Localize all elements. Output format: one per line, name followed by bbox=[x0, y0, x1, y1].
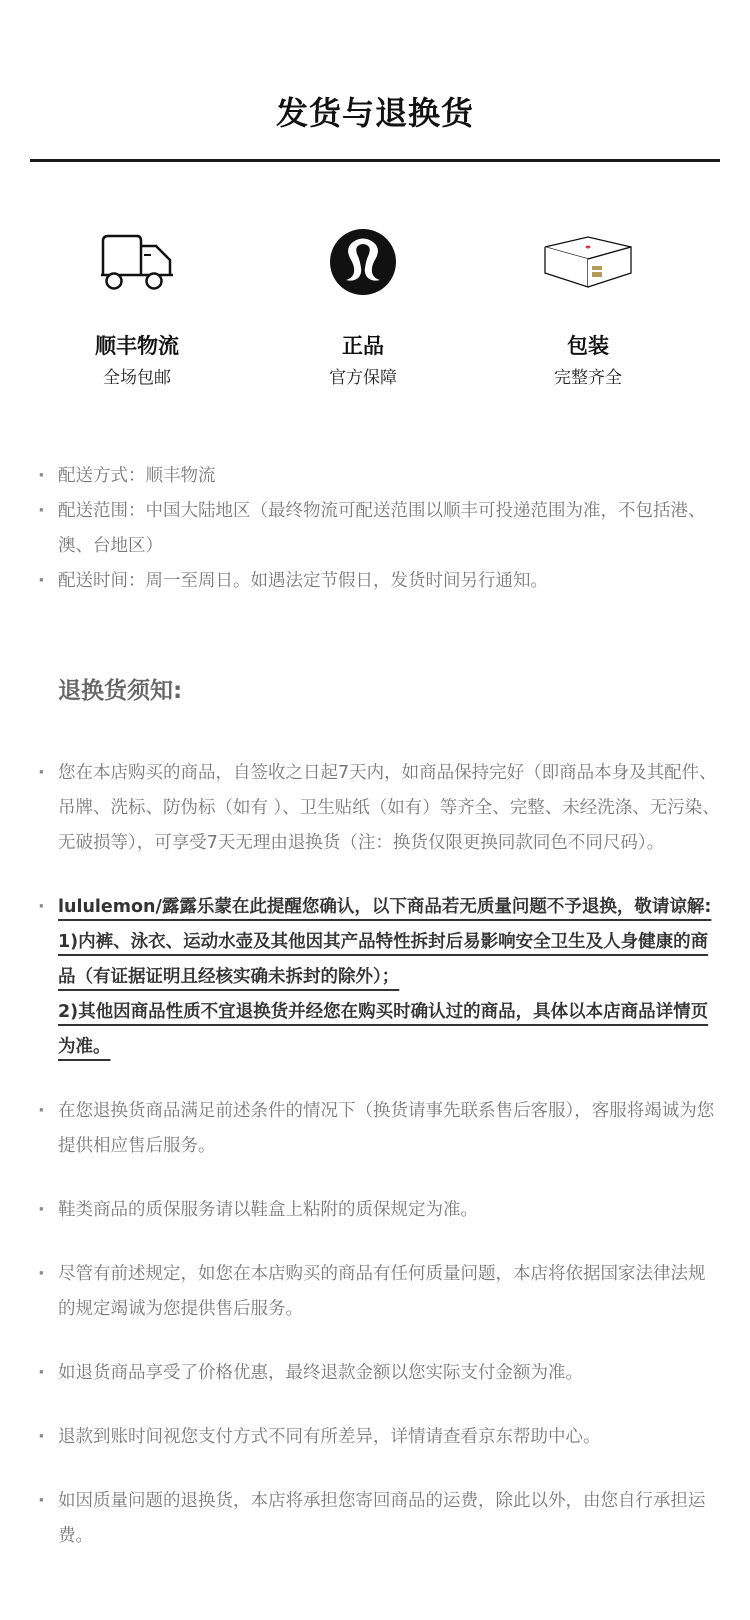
return-policy-item: 鞋类商品的质保服务请以鞋盒上粘附的质保规定为准。 bbox=[30, 1193, 720, 1228]
warning-part-2: 2)其他因商品性质不宜退换货并经您在购买时确认过的商品，具体以本店商品详情页为准… bbox=[58, 1002, 708, 1057]
return-policy-item: 尽管有前述规定，如您在本店购买的商品有任何质量问题，本店将依据国家法律法规的规定… bbox=[30, 1257, 720, 1327]
title-divider bbox=[30, 159, 720, 162]
return-policy-item: 在您退换货商品满足前述条件的情况下（换货请事先联系售后客服），客服将竭诚为您提供… bbox=[30, 1094, 720, 1164]
feature-shipping: 顺丰物流 全场包邮 bbox=[27, 222, 247, 390]
feature-title: 正品 bbox=[253, 332, 473, 360]
non-returnable-warning: lululemon/露露乐蒙在此提醒您确认，以下商品若无质量问题不予退换，敬请谅… bbox=[30, 890, 720, 1065]
package-box-icon bbox=[478, 222, 698, 302]
feature-subtitle: 全场包邮 bbox=[27, 366, 247, 390]
feature-title: 顺丰物流 bbox=[27, 332, 247, 360]
feature-subtitle: 官方保障 bbox=[253, 366, 473, 390]
truck-icon bbox=[27, 222, 247, 302]
feature-authentic: 正品 官方保障 bbox=[253, 222, 473, 390]
shipping-info-list: 配送方式：顺丰物流 配送范围：中国大陆地区（最终物流可配送范围以顺丰可投递范围为… bbox=[30, 459, 720, 599]
feature-packaging: 包装 完整齐全 bbox=[478, 222, 698, 390]
return-policy-item: 如退货商品享受了价格优惠，最终退款金额以您实际支付金额为准。 bbox=[30, 1356, 720, 1391]
return-policy-item: 退款到账时间视您支付方式不同有所差异，详情请查看京东帮助中心。 bbox=[30, 1420, 720, 1455]
shipping-time: 配送时间：周一至周日。如遇法定节假日，发货时间另行通知。 bbox=[30, 564, 720, 599]
shipping-method: 配送方式：顺丰物流 bbox=[30, 459, 720, 494]
feature-row: 顺丰物流 全场包邮 正品 官方保障 包装 完整齐全 bbox=[0, 222, 750, 402]
returns-policy-list: 您在本店购买的商品，自签收之日起7天内，如商品保持完好（即商品本身及其配件、吊牌… bbox=[30, 756, 720, 1583]
feature-subtitle: 完整齐全 bbox=[478, 366, 698, 390]
warning-part-1: lululemon/露露乐蒙在此提醒您确认，以下商品若无质量问题不予退换，敬请谅… bbox=[58, 897, 711, 987]
feature-title: 包装 bbox=[478, 332, 698, 360]
lululemon-logo-icon bbox=[253, 222, 473, 302]
return-policy-item: 您在本店购买的商品，自签收之日起7天内，如商品保持完好（即商品本身及其配件、吊牌… bbox=[30, 756, 720, 861]
return-policy-item: 如因质量问题的退换货，本店将承担您寄回商品的运费，除此以外，由您自行承担运费。 bbox=[30, 1484, 720, 1554]
returns-heading: 退换货须知: bbox=[58, 672, 182, 705]
shipping-range: 配送范围：中国大陆地区（最终物流可配送范围以顺丰可投递范围为准，不包括港、澳、台… bbox=[30, 494, 720, 564]
page-title: 发货与退换货 bbox=[0, 88, 750, 134]
